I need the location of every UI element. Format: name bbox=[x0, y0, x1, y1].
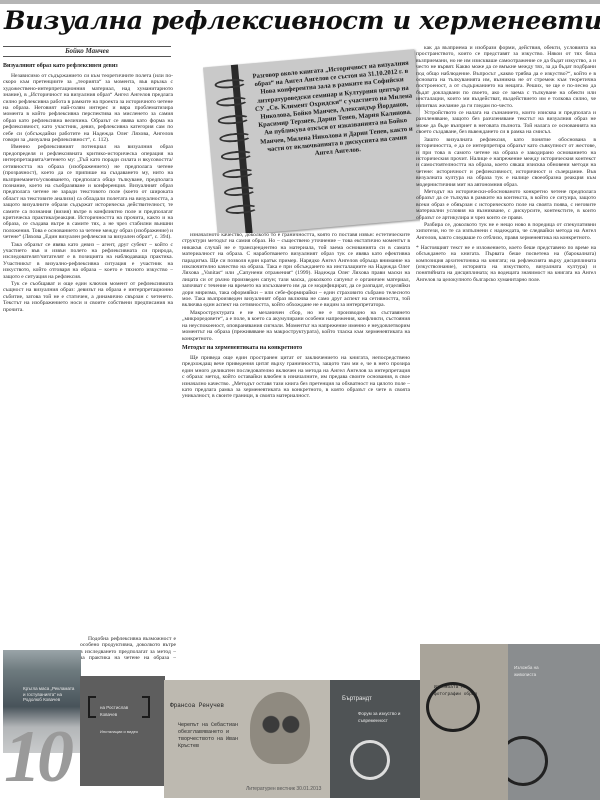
left-bracket-icon bbox=[88, 696, 96, 718]
paragraph: Ще приведа още един пространен цитат от … bbox=[182, 355, 410, 400]
book-cover-collage: Кръгла маса „Рекламата и гостуванията“ н… bbox=[0, 642, 600, 800]
left-subheading: Визуалният образ като рефлексивен девиз bbox=[3, 62, 173, 70]
paragraph: изначалното качество, доколкото то е гра… bbox=[182, 232, 410, 309]
spiral-ring-icon bbox=[216, 96, 249, 108]
top-rule bbox=[0, 0, 600, 4]
cover-subtitle: Инсталации и видео bbox=[100, 728, 150, 735]
paragraph: Устройството се налага на съзнанието, ко… bbox=[416, 110, 596, 136]
author-name: Бойко Манчев bbox=[3, 47, 171, 56]
spiral-ring-icon bbox=[220, 150, 253, 162]
spiral-ring-icon bbox=[222, 168, 255, 180]
skull-illustration bbox=[250, 692, 310, 764]
paragraph: Тук се съобщават и още един ключов момен… bbox=[3, 281, 173, 313]
cover-woman: Изложбата на фотографии образ bbox=[420, 644, 510, 800]
spiral-ring-icon bbox=[217, 114, 250, 126]
spiral-ring-icon bbox=[224, 185, 257, 197]
spiral-ring-icon bbox=[214, 78, 247, 90]
article-title: Визуална рефлексивност и херменевтика на… bbox=[4, 6, 596, 36]
left-column: Визуалният образ като рефлексивен девиз … bbox=[3, 60, 173, 608]
announcement-card-area: Разговор около книгата „Историчност на в… bbox=[200, 38, 420, 233]
magnifier-icon bbox=[350, 740, 390, 780]
middle-column: изначалното качество, доколкото то е гра… bbox=[182, 232, 410, 646]
paragraph: Независимо от съдържанието си към теорет… bbox=[3, 73, 173, 143]
cover-title: Кръгла маса „Рекламата и гостуванията“ н… bbox=[23, 686, 75, 703]
right-column: как да възприема и изобрази форми, дейст… bbox=[416, 45, 596, 645]
cover-title: Изложба на живописта bbox=[514, 664, 554, 678]
cover-title: на Ростислав Ковачев bbox=[100, 704, 144, 718]
cover-angel: Изложба на живописта bbox=[508, 644, 600, 800]
page-number: 10 bbox=[4, 720, 70, 794]
paragraph: Така образът се явява като девиз – агент… bbox=[3, 242, 173, 280]
footnote: * Настоящият текст не е изложението, кое… bbox=[416, 245, 596, 283]
byline-box: Бойко Манчев bbox=[3, 46, 171, 57]
paragraph: Макроструктурата е не механичен сбор, но… bbox=[182, 310, 410, 342]
spiral-ring-icon bbox=[219, 132, 252, 144]
cover-network: Бъртрандт Форум за изкуство и съвременно… bbox=[330, 680, 422, 798]
paragraph: как да възприема и изобрази форми, дейст… bbox=[416, 45, 596, 109]
paragraph: Разбира се, доколкото тук не е нещо ново… bbox=[416, 222, 596, 241]
paragraph: Методът на исторически-обоснованото конк… bbox=[416, 189, 596, 221]
magnifier-icon bbox=[508, 736, 548, 786]
method-subheading: Методът на херменевтиката на конкретното bbox=[182, 344, 410, 352]
paragraph: Зашто визуалната рефлексия, като понятие… bbox=[416, 137, 596, 188]
notebook-card: Разговор около книгата „Историчност на в… bbox=[203, 49, 420, 233]
cover-author: Франсоа Ренучев bbox=[170, 702, 224, 709]
cover-kovachev: на Ростислав Ковачев Инсталации и видео bbox=[80, 676, 165, 786]
cover-title: Бъртрандт bbox=[342, 696, 372, 703]
footer-publication: Литературен вестник 30.01.2013 bbox=[246, 786, 321, 792]
card-text: Разговор около книгата „Историчност на в… bbox=[252, 60, 417, 164]
paragraph: Именно рефлексивният потенциал на визуал… bbox=[3, 144, 173, 240]
magnifier-icon bbox=[426, 682, 480, 732]
cover-skull: Франсоа Ренучев Черепът на Себастиан обе… bbox=[164, 680, 334, 798]
cover-title: Черепът на Себастиан обезглавяването и т… bbox=[178, 722, 258, 750]
spiral-ring-icon bbox=[225, 203, 258, 215]
cover-subtitle: Форум за изкуство и съвременност bbox=[358, 710, 414, 724]
